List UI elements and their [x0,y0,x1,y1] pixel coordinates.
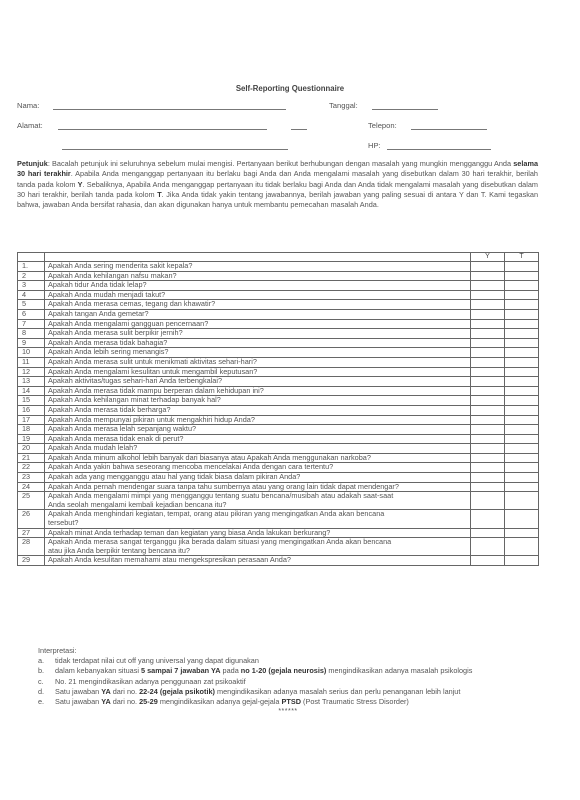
question-number: 28 [18,538,45,556]
table-row: 11Apakah Anda merasa sulit untuk menikma… [18,357,539,367]
table-row: 25Apakah Anda mengalami mimpi yang mengg… [18,492,539,510]
questionnaire-page: Self-Reporting Questionnaire Nama: Tangg… [0,0,580,800]
answer-yes-cell[interactable] [471,338,505,348]
interpretation-item: d.Satu jawaban YA dari no. 22-24 (gejala… [38,687,538,697]
answer-no-cell[interactable] [505,271,539,281]
document-title: Self-Reporting Questionnaire [0,84,580,93]
item-emphasis: YA [101,697,110,706]
answer-no-cell[interactable] [505,556,539,566]
interpretation-section: Interpretasi: a.tidak terdapat nilai cut… [38,646,538,717]
question-number: 13 [18,377,45,387]
answer-no-cell[interactable] [505,444,539,454]
question-text: Apakah aktivitas/tugas sehari-hari Anda … [45,377,471,387]
answer-yes-cell[interactable] [471,367,505,377]
item-text-part: mengindikasikan adanya gejal-gejala [158,697,282,706]
item-text-part: tidak terdapat nilai cut off yang univer… [55,656,259,665]
item-text-part: (Post Traumatic Stress Disorder) [301,697,409,706]
question-text: Apakah ada yang mengganggu atau hal yang… [45,473,471,483]
table-row: 29Apakah Anda kesulitan memahami atau me… [18,556,539,566]
alamat-field-extra[interactable] [291,129,307,130]
interpretation-item: c.No. 21 mengindikasikan adanya pengguna… [38,677,538,687]
table-row: 8Apakah Anda merasa sulit berpikir jerni… [18,329,539,339]
item-text-part: dari no. [111,697,139,706]
question-text: Apakah Anda merasa tidak berharga? [45,405,471,415]
item-text: dalam kebanyakan situasi 5 sampai 7 jawa… [55,666,472,676]
nama-field[interactable] [53,109,286,110]
item-letter: a. [38,656,55,666]
answer-yes-cell[interactable] [471,492,505,510]
item-text-part: pada [221,666,241,675]
table-row: 23Apakah ada yang mengganggu atau hal ya… [18,473,539,483]
table-row: 26Apakah Anda menghindari kegiatan, temp… [18,510,539,528]
hp-label: HP: [368,141,381,150]
alamat-field[interactable] [58,129,267,130]
item-emphasis: 25-29 [139,697,158,706]
answer-yes-cell[interactable] [471,482,505,492]
answer-yes-cell[interactable] [471,538,505,556]
question-text: Apakah Anda mudah lelah? [45,444,471,454]
item-text-part: mengindikasikan adanya masalah serius da… [215,687,460,696]
questionnaire-table: Y T 1.Apakah Anda sering menderita sakit… [17,252,539,566]
answer-yes-cell[interactable] [471,556,505,566]
question-number: 23 [18,473,45,483]
answer-no-cell[interactable] [505,405,539,415]
answer-no-cell[interactable] [505,338,539,348]
question-text: Apakah Anda merasa sangat terganggu jika… [45,538,471,556]
answer-no-cell[interactable] [505,262,539,272]
answer-no-cell[interactable] [505,319,539,329]
question-number: 18 [18,425,45,435]
answer-no-cell[interactable] [505,453,539,463]
answer-no-cell[interactable] [505,434,539,444]
item-letter: b. [38,666,55,676]
item-emphasis: 22-24 (gejala psikotik) [139,687,215,696]
answer-yes-cell[interactable] [471,290,505,300]
question-number: 3 [18,281,45,291]
question-number: 11 [18,357,45,367]
answer-no-cell[interactable] [505,386,539,396]
instructions-text-1: : Bacalah petunjuk ini seluruhnya sebelu… [48,159,513,168]
item-text: Satu jawaban YA dari no. 22-24 (gejala p… [55,687,460,697]
answer-yes-cell[interactable] [471,396,505,406]
item-text-part: mengindikasikan adanya masalah psikologi… [326,666,472,675]
question-text: Apakah Anda merasa sulit untuk menikmati… [45,357,471,367]
answer-yes-cell[interactable] [471,262,505,272]
answer-yes-cell[interactable] [471,425,505,435]
answer-no-cell[interactable] [505,300,539,310]
item-text: Satu jawaban YA dari no. 25-29 mengindik… [55,697,409,707]
interpretation-item: e.Satu jawaban YA dari no. 25-29 mengind… [38,697,538,707]
item-emphasis: 5 sampai 7 jawaban YA [141,666,221,675]
instructions-label: Petunjuk [17,159,48,168]
answer-no-cell[interactable] [505,281,539,291]
answer-no-cell[interactable] [505,357,539,367]
answer-yes-cell[interactable] [471,453,505,463]
table-row: 20Apakah Anda mudah lelah? [18,444,539,454]
interpretation-list: a.tidak terdapat nilai cut off yang univ… [38,656,538,707]
answer-yes-cell[interactable] [471,434,505,444]
interpretation-item: b.dalam kebanyakan situasi 5 sampai 7 ja… [38,666,538,676]
item-text-part: Satu jawaban [55,697,101,706]
answer-yes-cell[interactable] [471,386,505,396]
item-text: No. 21 mengindikasikan adanya penggunaan… [55,677,246,687]
question-text: Apakah tangan Anda gemetar? [45,309,471,319]
question-text: Apakah Anda kesulitan memahami atau meng… [45,556,471,566]
question-number: 8 [18,329,45,339]
answer-no-cell[interactable] [505,415,539,425]
answer-yes-cell[interactable] [471,357,505,367]
item-text-part: dari no. [111,687,139,696]
answer-yes-cell[interactable] [471,405,505,415]
table-row: 15Apakah Anda kehilangan minat terhadap … [18,396,539,406]
item-text: tidak terdapat nilai cut off yang univer… [55,656,259,666]
table-row: 18Apakah Anda merasa lelah sepanjang wak… [18,425,539,435]
interpretation-item: a.tidak terdapat nilai cut off yang univ… [38,656,538,666]
answer-yes-cell[interactable] [471,473,505,483]
table-row: 1.Apakah Anda sering menderita sakit kep… [18,262,539,272]
question-number: 16 [18,405,45,415]
answer-yes-cell[interactable] [471,329,505,339]
answer-no-cell[interactable] [505,309,539,319]
item-letter: e. [38,697,55,707]
answer-yes-cell[interactable] [471,281,505,291]
item-text-part: No. 21 mengindikasikan adanya penggunaan… [55,677,246,686]
answer-no-cell[interactable] [505,482,539,492]
answer-no-cell[interactable] [505,290,539,300]
tanggal-field[interactable] [372,109,438,110]
tanggal-label: Tanggal: [329,101,358,110]
answer-no-cell[interactable] [505,463,539,473]
table-row: 13Apakah aktivitas/tugas sehari-hari And… [18,377,539,387]
answer-yes-cell[interactable] [471,528,505,538]
answer-yes-cell[interactable] [471,444,505,454]
answer-no-cell[interactable] [505,396,539,406]
telepon-field[interactable] [411,129,487,130]
question-number: 10 [18,348,45,358]
item-text-part: dalam kebanyakan situasi [55,666,141,675]
item-letter: c. [38,677,55,687]
telepon-label: Telepon: [368,121,397,130]
header-no: T [505,253,539,262]
answer-no-cell[interactable] [505,367,539,377]
header-yes: Y [471,253,505,262]
hp-field[interactable] [387,149,491,150]
answer-yes-cell[interactable] [471,271,505,281]
answer-yes-cell[interactable] [471,463,505,473]
question-number: 1. [18,262,45,272]
interpretation-heading: Interpretasi: [38,646,538,656]
table-row: 6Apakah tangan Anda gemetar? [18,309,539,319]
instructions-paragraph: Petunjuk: Bacalah petunjuk ini seluruhny… [17,159,538,210]
answer-yes-cell[interactable] [471,510,505,528]
question-number: 25 [18,492,45,510]
item-emphasis: PTSD [282,697,301,706]
question-number: 15 [18,396,45,406]
item-text-part: Satu jawaban [55,687,101,696]
question-text: Apakah Anda menghindari kegiatan, tempat… [45,510,471,528]
question-number: 6 [18,309,45,319]
question-number: 29 [18,556,45,566]
item-emphasis: YA [101,687,110,696]
table-row: 16Apakah Anda merasa tidak berharga? [18,405,539,415]
question-text: Apakah tidur Anda tidak lelap? [45,281,471,291]
answer-no-cell[interactable] [505,538,539,556]
answer-no-cell[interactable] [505,329,539,339]
answer-yes-cell[interactable] [471,348,505,358]
question-text: Apakah Anda lebih sering menangis? [45,348,471,358]
answer-no-cell[interactable] [505,348,539,358]
question-text: Apakah Anda sering menderita sakit kepal… [45,262,471,272]
answer-yes-cell[interactable] [471,300,505,310]
table-row: 3Apakah tidur Anda tidak lelap? [18,281,539,291]
answer-yes-cell[interactable] [471,319,505,329]
answer-yes-cell[interactable] [471,415,505,425]
answer-no-cell[interactable] [505,528,539,538]
answer-no-cell[interactable] [505,425,539,435]
table-row: 10Apakah Anda lebih sering menangis? [18,348,539,358]
alamat-label: Alamat: [17,121,43,130]
table-row: 28Apakah Anda merasa sangat terganggu ji… [18,538,539,556]
item-letter: d. [38,687,55,697]
answer-no-cell[interactable] [505,510,539,528]
answer-yes-cell[interactable] [471,309,505,319]
end-mark: ****** [38,707,538,717]
alamat-field-line2[interactable] [62,149,288,150]
question-number: 20 [18,444,45,454]
question-text: Apakah Anda kehilangan minat terhadap ba… [45,396,471,406]
item-emphasis: no 1-20 (gejala neurosis) [241,666,327,675]
answer-no-cell[interactable] [505,492,539,510]
question-text: Apakah Anda mengalami mimpi yang menggan… [45,492,471,510]
nama-label: Nama: [17,101,39,110]
answer-yes-cell[interactable] [471,377,505,387]
question-text: Apakah Anda merasa lelah sepanjang waktu… [45,425,471,435]
question-text: Apakah Anda merasa sulit berpikir jernih… [45,329,471,339]
answer-no-cell[interactable] [505,377,539,387]
answer-no-cell[interactable] [505,473,539,483]
question-number: 26 [18,510,45,528]
